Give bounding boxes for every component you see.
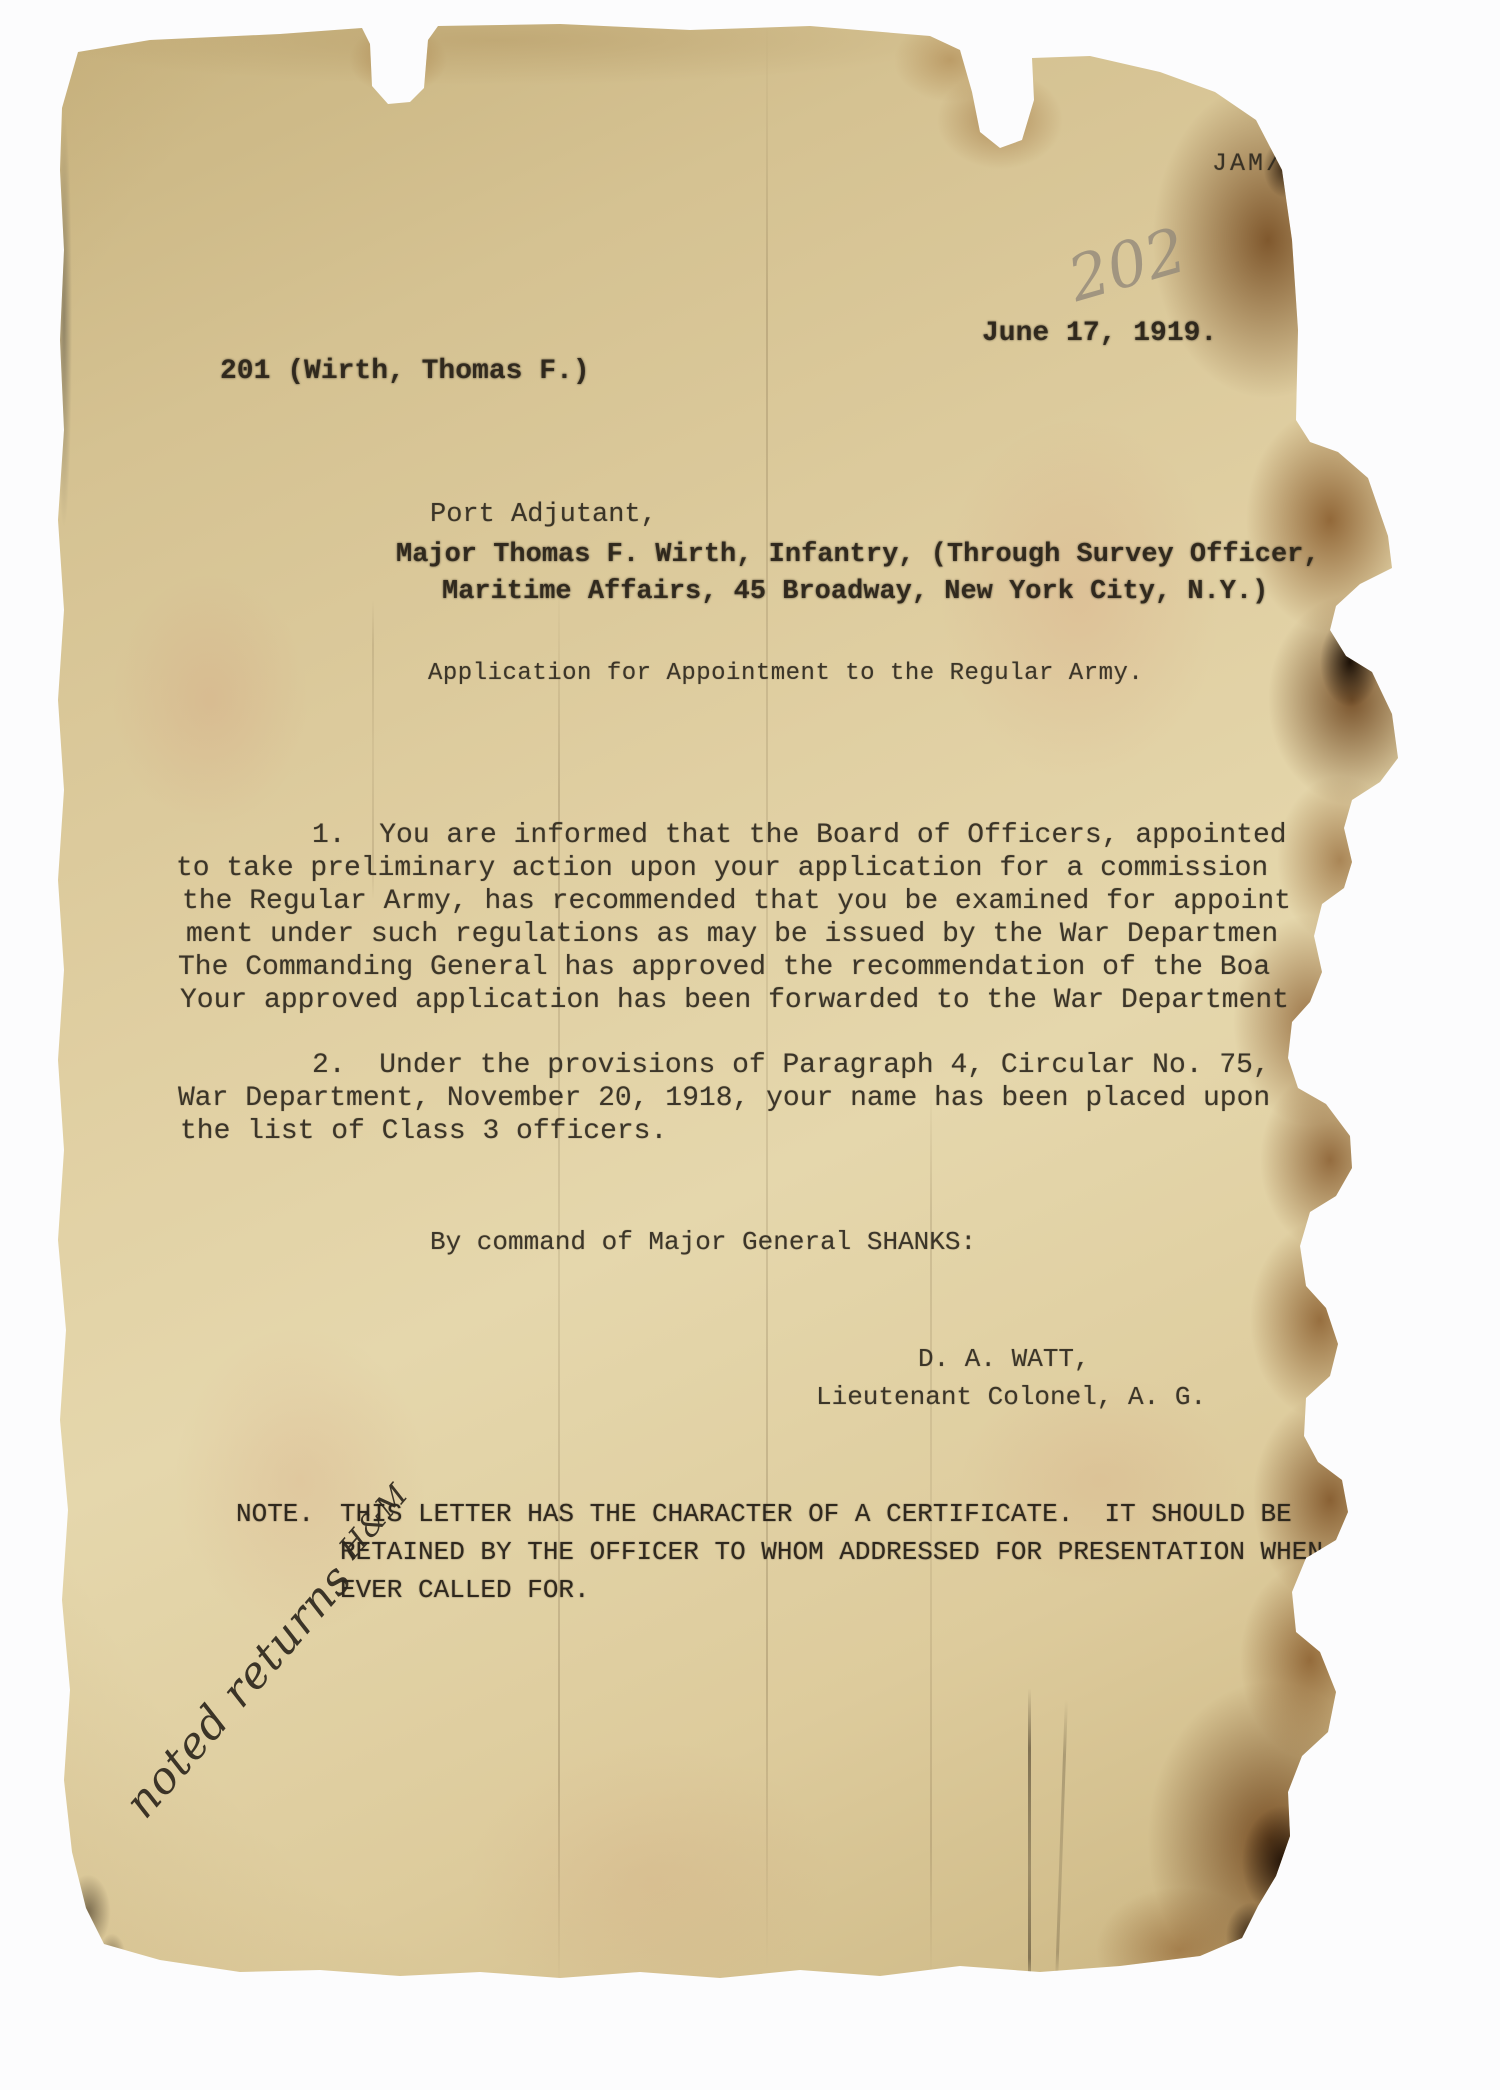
vertical-crease [558, 580, 560, 1990]
vertical-crease [930, 1080, 932, 1980]
burnt-paper-sheet: JAM/cfs 202 June 17, 1919. 201 (Wirth, T… [0, 0, 1500, 2090]
paragraph-line: Your approved application has been forwa… [180, 985, 1289, 1017]
paragraph-line: the Regular Army, has recommended that y… [182, 886, 1291, 918]
paragraph-line: The Commanding General has approved the … [178, 952, 1270, 984]
command-line: By command of Major General SHANKS: [430, 1228, 976, 1258]
pencil-page-number: 202 [1060, 213, 1194, 316]
paragraph-line: 1. You are informed that the Board of Of… [312, 820, 1287, 852]
handwritten-note-text: noted returns [115, 1554, 363, 1828]
file-reference: 201 (Wirth, Thomas F.) [220, 356, 590, 388]
note-line: THIS LETTER HAS THE CHARACTER OF A CERTI… [340, 1500, 1292, 1530]
paragraph-line: War Department, November 20, 1918, your … [178, 1083, 1270, 1115]
paragraph-line: the list of Class 3 officers. [180, 1116, 667, 1148]
date-line: June 17, 1919. [982, 318, 1217, 350]
scratch-mark [1028, 1688, 1031, 1988]
stenographer-reference: JAM/cfs [1212, 150, 1338, 179]
paragraph-line: 2. Under the provisions of Paragraph 4, … [312, 1050, 1270, 1082]
note-line: RETAINED BY THE OFFICER TO WHOM ADDRESSE… [340, 1538, 1339, 1568]
recipient-line: Port Adjutant, [430, 500, 657, 531]
paragraph-line: to take preliminary action upon your app… [176, 853, 1268, 885]
subject-line: Application for Appointment to the Regul… [428, 660, 1143, 688]
recipient-line: Major Thomas F. Wirth, Infantry, (Throug… [396, 540, 1320, 571]
paragraph-line: ment under such regulations as may be is… [186, 919, 1278, 951]
handwritten-initials: H&M [333, 1477, 416, 1565]
recipient-line: Maritime Affairs, 45 Broadway, New York … [442, 577, 1268, 608]
signature-name: D. A. WATT, [918, 1345, 1090, 1375]
scanned-letter-page: { "document": { "stenographer_reference"… [0, 0, 1500, 2090]
scratch-mark [1055, 1700, 1068, 1980]
signature-title: Lieutenant Colonel, A. G. [816, 1383, 1206, 1413]
